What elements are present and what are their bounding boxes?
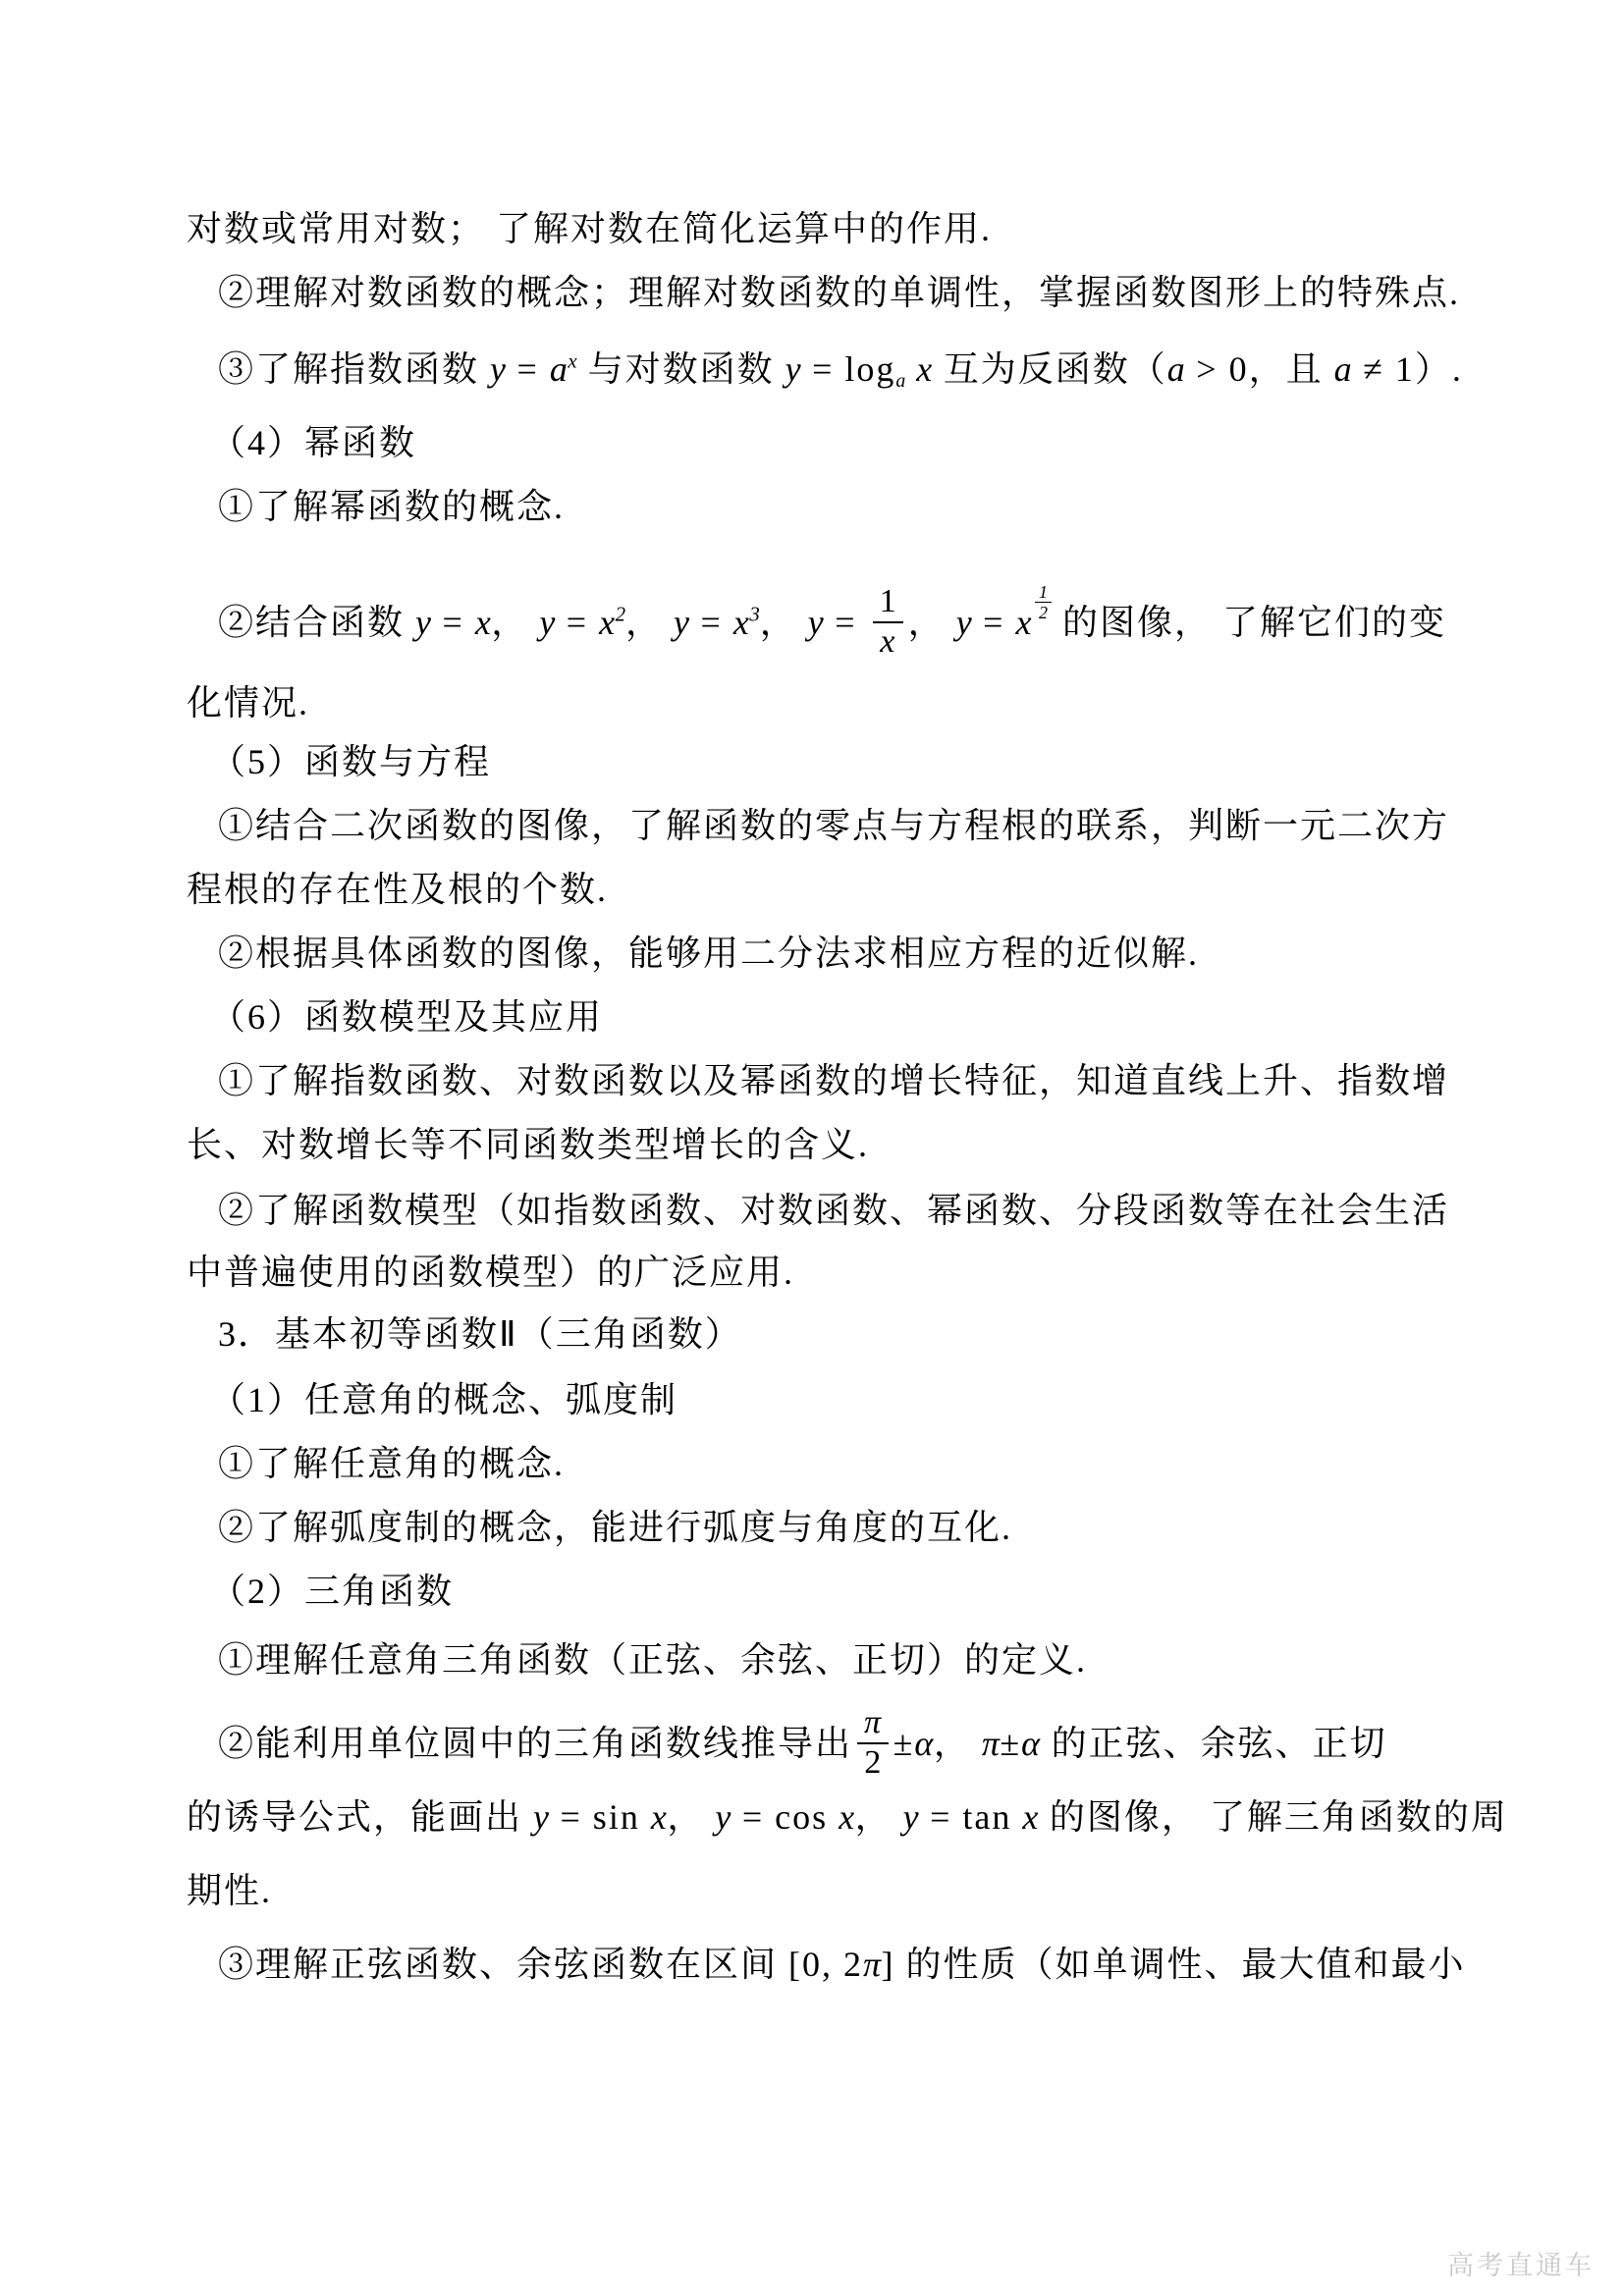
text-segment: ± — [1000, 1724, 1021, 1763]
text-segment: 的图像， 了解三角函数的周 — [1039, 1797, 1508, 1837]
text-segment: ≠ 1）. — [1352, 349, 1463, 389]
text-segment: > 0，且 — [1185, 349, 1333, 389]
text-segment: = — [824, 603, 867, 642]
text-line-4: （4）幂函数 — [210, 420, 416, 465]
text-line-7: 化情况. — [187, 680, 309, 725]
math-variable: x — [651, 1797, 667, 1837]
text-segment: 的图像， 了解它们的变 — [1052, 603, 1446, 642]
math-variable: α — [914, 1724, 933, 1763]
exponent-fraction: 12 — [1035, 582, 1052, 622]
text-line-8: （5）函数与方程 — [210, 739, 491, 784]
text-segment: ②理解对数函数的概念；理解对数函数的单调性，掌握函数图形上的特殊点. — [218, 273, 1460, 312]
text-line-23: ②能利用单位圆中的三角函数线推导出π2±α， π±α 的正弦、余弦、正切 — [218, 1709, 1387, 1786]
text-segment: （4）幂函数 — [210, 423, 416, 462]
math-exponent: 3 — [749, 603, 759, 626]
text-segment: = sin — [550, 1797, 651, 1837]
math-power: x3 — [733, 603, 760, 642]
math-power: ax — [550, 349, 577, 389]
text-segment: （6）函数模型及其应用 — [210, 997, 603, 1037]
text-segment: = cos — [731, 1797, 839, 1837]
text-segment: = — [690, 603, 733, 642]
math-variable: π — [863, 1945, 882, 1984]
text-segment: ②根据具体函数的图像，能够用二分法求相应方程的近似解. — [218, 934, 1199, 973]
text-line-26: ③理解正弦函数、余弦函数在区间 [0, 2π] 的性质（如单调性、最大值和最小 — [218, 1942, 1466, 1987]
text-line-1: 对数或常用对数； 了解对数在简化运算中的作用. — [187, 206, 992, 251]
text-line-6: ②结合函数 y = x， y = x2， y = x3， y = 1x， y =… — [218, 582, 1446, 665]
text-segment: ③理解正弦函数、余弦函数在区间 [0, 2 — [218, 1945, 863, 1984]
text-segment — [905, 349, 916, 389]
text-line-16: 中普遍使用的函数模型）的广泛应用. — [187, 1250, 794, 1295]
watermark: 高考直通车 — [1447, 2244, 1595, 2282]
text-line-11: ②根据具体函数的图像，能够用二分法求相应方程的近似解. — [218, 931, 1199, 976]
fraction-numerator: 1 — [873, 584, 903, 623]
math-variable: α — [1021, 1724, 1040, 1763]
math-variable: y — [539, 603, 555, 642]
text-segment: = — [556, 603, 599, 642]
text-segment: ， — [491, 603, 539, 642]
math-variable: y — [956, 603, 972, 642]
text-segment: ， — [625, 603, 674, 642]
fraction-denominator: 2 — [1035, 603, 1052, 622]
fraction-denominator: 2 — [857, 1744, 889, 1782]
text-segment: 长、对数增长等不同函数类型增长的含义. — [187, 1125, 869, 1164]
text-segment: 中普遍使用的函数模型）的广泛应用. — [187, 1253, 794, 1292]
math-subscript: a — [895, 370, 905, 392]
text-segment: （5）函数与方程 — [210, 742, 491, 781]
text-segment: ③了解指数函数 — [218, 349, 490, 389]
text-segment: 对数或常用对数； 了解对数在简化运算中的作用. — [187, 209, 992, 248]
text-segment: ①了解幂函数的概念. — [218, 487, 565, 526]
text-segment: ， — [760, 603, 808, 642]
text-line-13: ①了解指数函数、对数函数以及幂函数的增长特征，知道直线上升、指数增 — [218, 1058, 1449, 1103]
text-segment: ， — [667, 1797, 715, 1837]
text-segment: = log — [801, 349, 895, 389]
text-segment: 3．基本初等函数Ⅱ（三角函数） — [218, 1314, 742, 1354]
text-line-15: ②了解函数模型（如指数函数、对数函数、幂函数、分段函数等在社会生活 — [218, 1188, 1449, 1233]
text-segment: ± — [893, 1724, 915, 1763]
text-line-22: ①理解任意角三角函数（正弦、余弦、正切）的定义. — [218, 1637, 1087, 1682]
math-power-fraction: x12 — [1015, 603, 1051, 642]
math-variable: y — [715, 1797, 731, 1837]
math-variable: a — [1167, 349, 1186, 389]
text-segment: ①结合二次函数的图像，了解函数的零点与方程根的联系，判断一元二次方 — [218, 806, 1449, 845]
text-segment: 程根的存在性及根的个数. — [187, 870, 608, 909]
math-variable: y — [808, 603, 824, 642]
math-variable: π — [982, 1724, 1001, 1763]
fraction-numerator: π — [857, 1705, 889, 1744]
text-segment: （2）三角函数 — [210, 1572, 454, 1611]
math-variable: y — [533, 1797, 549, 1837]
text-segment: ②能利用单位圆中的三角函数线推导出 — [218, 1724, 852, 1763]
text-line-14: 长、对数增长等不同函数类型增长的含义. — [187, 1122, 869, 1167]
fraction-denominator: x — [873, 623, 903, 661]
text-line-24: 的诱导公式，能画出 y = sin x， y = cos x， y = tan … — [187, 1794, 1508, 1840]
text-line-19: ①了解任意角的概念. — [218, 1441, 565, 1486]
fraction-numerator: 1 — [1035, 582, 1052, 603]
math-variable: y — [674, 603, 689, 642]
text-segment: 互为反函数（ — [933, 349, 1167, 389]
math-fraction: 1x — [873, 584, 903, 661]
math-variable: y — [490, 349, 506, 389]
math-variable: x — [475, 603, 491, 642]
text-segment: ， — [855, 1797, 903, 1837]
text-line-21: （2）三角函数 — [210, 1569, 454, 1614]
math-variable: a — [1334, 349, 1353, 389]
math-variable: x — [916, 349, 932, 389]
text-segment: ， — [908, 603, 956, 642]
text-segment: ①了解指数函数、对数函数以及幂函数的增长特征，知道直线上升、指数增 — [218, 1061, 1449, 1100]
math-exponent: x — [568, 348, 576, 372]
math-variable: y — [785, 349, 801, 389]
document-page: 高考直通车 对数或常用对数； 了解对数在简化运算中的作用.②理解对数函数的概念；… — [0, 0, 1624, 2296]
text-line-9: ①结合二次函数的图像，了解函数的零点与方程根的联系，判断一元二次方 — [218, 803, 1449, 848]
text-line-17: 3．基本初等函数Ⅱ（三角函数） — [218, 1311, 742, 1357]
math-variable: x — [839, 1797, 854, 1837]
text-segment: 化情况. — [187, 683, 309, 722]
text-segment: ②了解函数模型（如指数函数、对数函数、幂函数、分段函数等在社会生活 — [218, 1191, 1449, 1230]
math-power: x2 — [599, 603, 625, 642]
math-variable: y — [415, 603, 431, 642]
text-segment: 的正弦、余弦、正切 — [1041, 1724, 1387, 1763]
text-segment: ①理解任意角三角函数（正弦、余弦、正切）的定义. — [218, 1640, 1087, 1680]
text-segment: ②了解弧度制的概念，能进行弧度与角度的互化. — [218, 1508, 1012, 1547]
text-line-25: 期性. — [187, 1868, 272, 1913]
text-segment: ] 的性质（如单调性、最大值和最小 — [882, 1945, 1466, 1984]
text-segment: = — [507, 349, 550, 389]
math-variable: x — [1022, 1797, 1038, 1837]
math-fraction: π2 — [857, 1705, 889, 1782]
text-segment: 与对数函数 — [577, 349, 785, 389]
text-segment: = — [972, 603, 1015, 642]
text-segment: 期性. — [187, 1871, 272, 1910]
text-segment: = — [432, 603, 475, 642]
text-segment: ①了解任意角的概念. — [218, 1444, 565, 1483]
text-segment: = tan — [919, 1797, 1022, 1837]
math-variable: y — [903, 1797, 919, 1837]
text-line-18: （1）任意角的概念、弧度制 — [210, 1377, 677, 1422]
text-line-3: ③了解指数函数 y = ax 与对数函数 y = loga x 互为反函数（a … — [218, 347, 1463, 392]
text-segment: （1）任意角的概念、弧度制 — [210, 1380, 677, 1419]
math-exponent: 2 — [616, 603, 625, 626]
text-line-10: 程根的存在性及根的个数. — [187, 867, 608, 912]
text-segment: ， — [934, 1724, 982, 1763]
text-line-12: （6）函数模型及其应用 — [210, 994, 603, 1040]
text-segment: 的诱导公式，能画出 — [187, 1797, 533, 1837]
text-segment: ②结合函数 — [218, 603, 415, 642]
text-line-5: ①了解幂函数的概念. — [218, 484, 565, 529]
text-line-20: ②了解弧度制的概念，能进行弧度与角度的互化. — [218, 1505, 1012, 1550]
text-line-2: ②理解对数函数的概念；理解对数函数的单调性，掌握函数图形上的特殊点. — [218, 270, 1460, 315]
